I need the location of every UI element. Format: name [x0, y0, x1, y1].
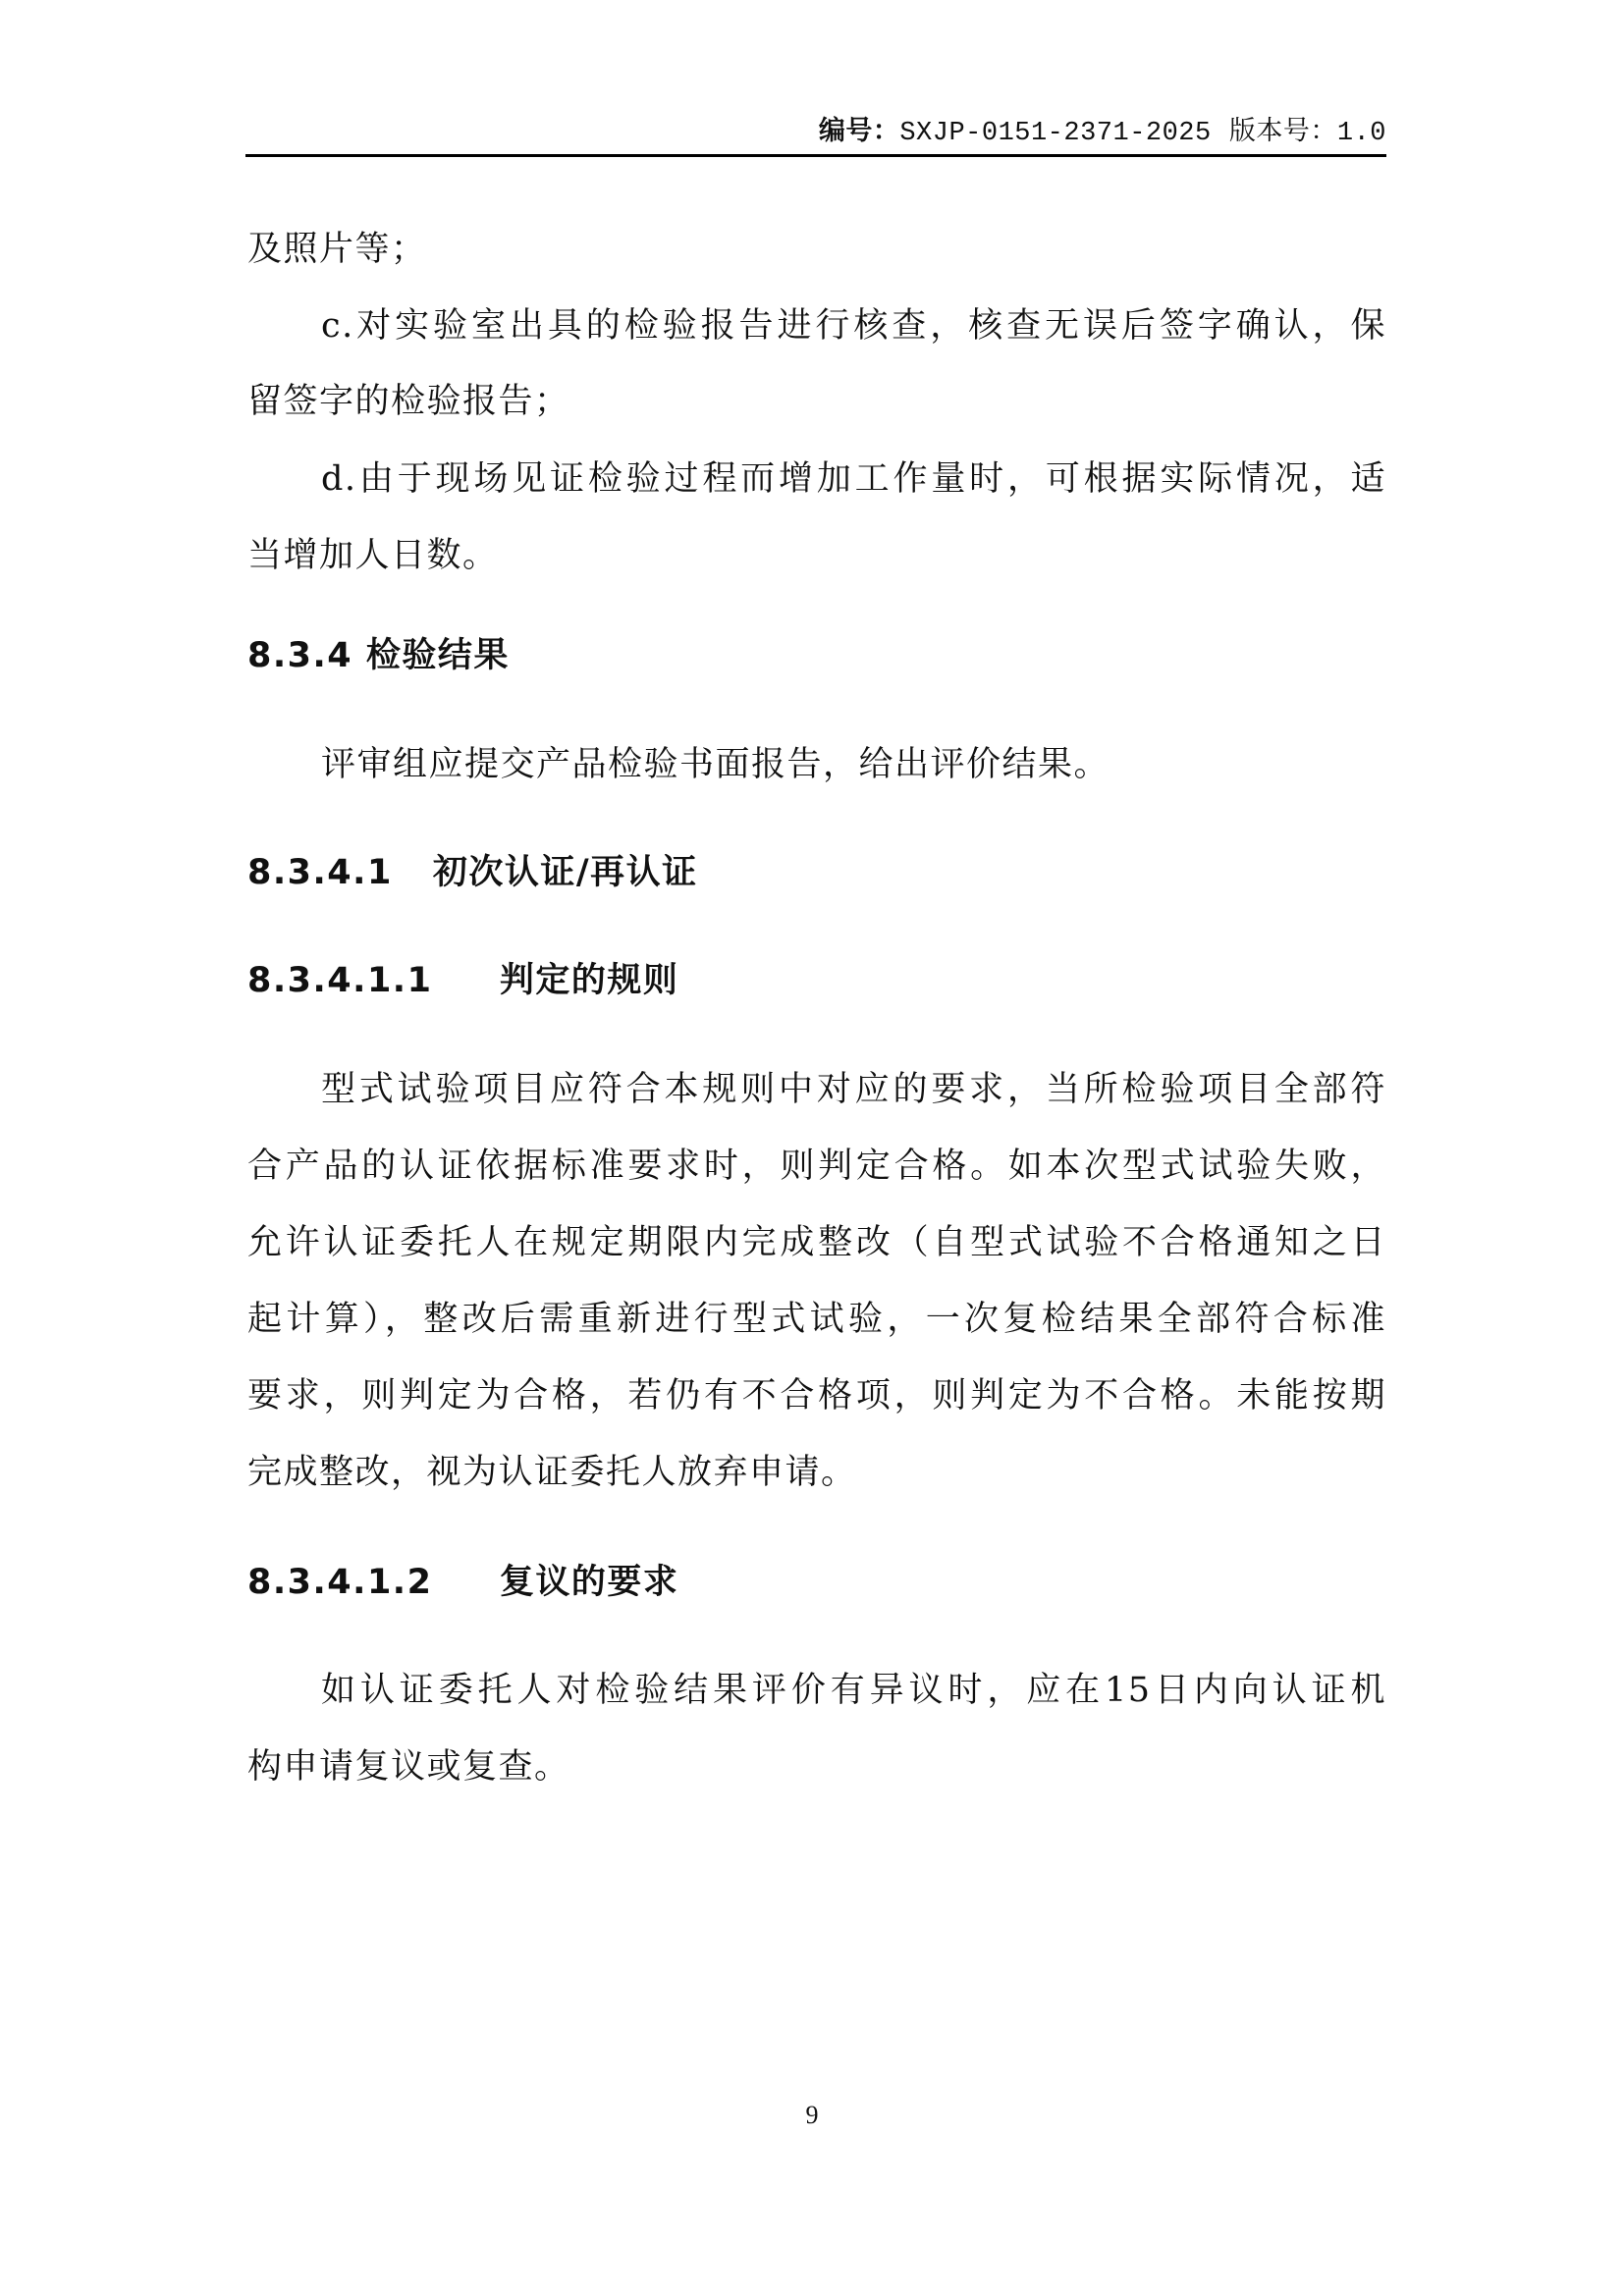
section-heading-8-3-4-1-2: 8.3.4.1.2 复议的要求 [247, 1561, 1386, 1604]
item-c-line: c.对实验室出具的检验报告进行核查，核查无误后签字确认，保 [247, 304, 1386, 347]
section-heading-8-3-4-1-1: 8.3.4.1.1 判定的规则 [247, 959, 1386, 1002]
section-number: 8.3.4 [247, 636, 352, 675]
header-rule [245, 154, 1386, 157]
paragraph-line: 合产品的认证依据标准要求时，则判定合格。如本次型式试验失败， [247, 1145, 1386, 1188]
paragraph-line: 型式试验项目应符合本规则中对应的要求，当所检验项目全部符 [247, 1068, 1386, 1111]
section-heading-8-3-4-1: 8.3.4.1 初次认证/再认证 [247, 851, 1386, 894]
paragraph-line: 完成整改，视为认证委托人放弃申请。 [247, 1451, 1386, 1494]
version-number: 1.0 [1337, 119, 1386, 148]
paragraph-line: 构申请复议或复查。 [247, 1745, 1386, 1789]
paragraph-line: 要求，则判定为合格，若仍有不合格项，则判定为不合格。未能按期 [247, 1374, 1386, 1417]
body-line: 及照片等； [247, 228, 1386, 271]
body-line: 留签字的检验报告； [247, 380, 1386, 423]
version-label: 版本号： [1229, 116, 1337, 146]
section-title: 判定的规则 [500, 961, 679, 1000]
paragraph-line: 起计算），整改后需重新进行型式试验，一次复检结果全部符合标准 [247, 1298, 1386, 1341]
section-title: 检验结果 [366, 636, 510, 675]
document-code: SXJP-0151-2371-2025 [899, 119, 1211, 148]
body-line: 当增加人日数。 [247, 534, 1386, 577]
paragraph-8-3-4: 评审组应提交产品检验书面报告，给出评价结果。 [247, 743, 1386, 786]
code-label: 编号： [819, 116, 900, 146]
section-number: 8.3.4.1 [247, 853, 393, 892]
paragraph-line: 允许认证委托人在规定期限内完成整改（自型式试验不合格通知之日 [247, 1221, 1386, 1264]
document-header: 编号：SXJP-0151-2371-2025 版本号：1.0 [245, 112, 1386, 151]
section-title: 复议的要求 [500, 1563, 679, 1602]
page-number: 9 [0, 2101, 1624, 2130]
section-title: 初次认证/再认证 [433, 853, 698, 892]
section-number: 8.3.4.1.1 [247, 961, 432, 1000]
section-number: 8.3.4.1.2 [247, 1563, 432, 1602]
paragraph-line: 如认证委托人对检验结果评价有异议时，应在15日内向认证机 [247, 1669, 1386, 1712]
item-d-line: d.由于现场见证检验过程而增加工作量时，可根据实际情况，适 [247, 457, 1386, 501]
section-heading-8-3-4: 8.3.4 检验结果 [247, 634, 1386, 677]
